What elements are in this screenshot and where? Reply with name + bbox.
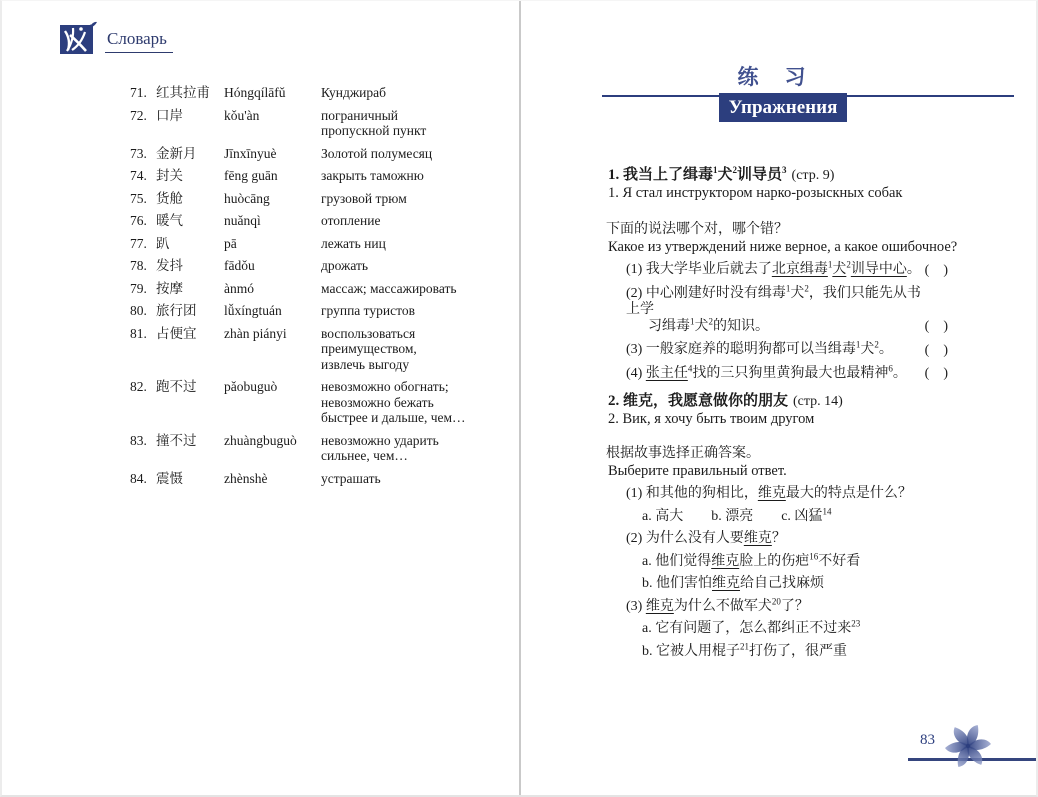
vocab-hanzi: 发抖 bbox=[156, 258, 224, 274]
vocab-russian: Золотой полумесяц bbox=[321, 146, 491, 162]
hanzi-logo-icon bbox=[59, 20, 97, 61]
vocab-russian: дрожать bbox=[321, 258, 491, 274]
vocab-pinyin: ànmó bbox=[224, 281, 321, 297]
exercise2-prompt-zh: 根据故事选择正确答案。 bbox=[606, 442, 760, 462]
vocab-num: 82. bbox=[130, 379, 156, 426]
exercise2-page-ref: (стр. 14) bbox=[793, 394, 843, 409]
option: a. 他们觉得维克脸上的伤疤16不好看 bbox=[626, 554, 956, 571]
right-page: 练 习 Упражнения 1. 我当上了缉毒1犬2训导员3(стр. 9) … bbox=[522, 1, 1038, 795]
vocab-num: 80. bbox=[130, 303, 156, 319]
page-divider bbox=[519, 1, 521, 795]
exercise1-item: (1) 我大学毕业后就去了北京缉毒1犬2训导中心。( ) bbox=[626, 262, 948, 279]
vocab-hanzi: 撞不过 bbox=[156, 433, 224, 464]
vocab-num: 84. bbox=[130, 471, 156, 487]
vocab-num: 76. bbox=[130, 213, 156, 229]
vocab-russian: невозможно ударить сильнее, чем… bbox=[321, 433, 491, 464]
vocab-row: 76.暖气nuǎnqìотопление bbox=[130, 213, 491, 229]
vocab-num: 83. bbox=[130, 433, 156, 464]
vocab-hanzi: 占便宜 bbox=[156, 326, 224, 373]
vocab-russian: закрыть таможню bbox=[321, 168, 491, 184]
vocab-pinyin: zhuàngbuguò bbox=[224, 433, 321, 464]
exercise2-title-zh: 2. 维克，我愿意做你的朋友(стр. 14) bbox=[608, 389, 843, 410]
option: b. 漂亮 bbox=[711, 509, 753, 526]
item-text: (2) 中心刚建好时没有缉毒1犬2，我们只能先从书上学习缉毒1犬2的知识。 bbox=[626, 286, 925, 336]
vocab-hanzi: 暖气 bbox=[156, 213, 224, 229]
vocab-hanzi: 红其拉甫 bbox=[156, 85, 224, 101]
vocab-row: 82.跑不过pǎobuguòневозможно обогнать; невоз… bbox=[130, 379, 491, 426]
page-number: 83 bbox=[920, 732, 935, 749]
vocab-num: 77. bbox=[130, 236, 156, 252]
vocab-pinyin: fādǒu bbox=[224, 258, 321, 274]
vocab-row: 75.货舱huòcāngгрузовой трюм bbox=[130, 191, 491, 207]
exercise1-prompt-ru: Какое из утверждений ниже верное, а како… bbox=[608, 239, 957, 256]
vocab-hanzi: 口岸 bbox=[156, 108, 224, 139]
exercise1-prompt-zh: 下面的说法哪个对，哪个错？ bbox=[606, 218, 788, 238]
answer-brackets: ( ) bbox=[925, 343, 948, 359]
exercise2-question: (2) 为什么没有人要维克？ bbox=[626, 531, 956, 548]
vocab-russian: грузовой трюм bbox=[321, 191, 491, 207]
vocab-hanzi: 封关 bbox=[156, 168, 224, 184]
exercise2-question: (1) 和其他的狗相比，维克最大的特点是什么？ bbox=[626, 486, 956, 503]
option: a. 高大 bbox=[642, 509, 683, 526]
vocab-hanzi: 金新月 bbox=[156, 146, 224, 162]
vocab-row: 71.红其拉甫HóngqílāfǔКунджираб bbox=[130, 85, 491, 101]
option: c. 凶猛14 bbox=[781, 509, 831, 526]
flower-ornament-icon bbox=[943, 721, 993, 776]
exercise2-title-ru: 2. Вик, я хочу быть твоим другом bbox=[608, 411, 814, 428]
vocab-row: 72.口岸kǒu'ànпограничный пропускной пункт bbox=[130, 108, 491, 139]
vocab-pinyin: zhàn piányi bbox=[224, 326, 321, 373]
exercise1-item: (4) 张主任4找的三只狗里黄狗最大也最精神6。( ) bbox=[626, 366, 948, 383]
vocab-row: 77.趴pāлежать ниц bbox=[130, 236, 491, 252]
vocab-hanzi: 按摩 bbox=[156, 281, 224, 297]
vocab-hanzi: 跑不过 bbox=[156, 379, 224, 426]
book-spread: Словарь 71.红其拉甫HóngqílāfǔКунджираб72.口岸k… bbox=[0, 0, 1038, 797]
vocab-num: 73. bbox=[130, 146, 156, 162]
vocab-num: 78. bbox=[130, 258, 156, 274]
vocab-pinyin: lǚxíngtuán bbox=[224, 303, 321, 319]
vocab-num: 75. bbox=[130, 191, 156, 207]
vocab-russian: Кунджираб bbox=[321, 85, 491, 101]
vocab-russian: массаж; массажировать bbox=[321, 281, 491, 297]
option: a. 它有问题了，怎么都纠正不过来23 bbox=[626, 621, 956, 638]
vocab-pinyin: Jīnxīnyuè bbox=[224, 146, 321, 162]
vocabulary-title: Словарь bbox=[105, 29, 173, 53]
vocab-row: 81.占便宜zhàn piányiвоспользоваться преимущ… bbox=[130, 326, 491, 373]
vocab-hanzi: 旅行团 bbox=[156, 303, 224, 319]
exercise1-items: (1) 我大学毕业后就去了北京缉毒1犬2训导中心。( )(2) 中心刚建好时没有… bbox=[626, 262, 948, 389]
item-text: (1) 我大学毕业后就去了北京缉毒1犬2训导中心。 bbox=[626, 262, 925, 279]
vocab-num: 71. bbox=[130, 85, 156, 101]
exercise2-questions: (1) 和其他的狗相比，维克最大的特点是什么？a. 高大b. 漂亮c. 凶猛14… bbox=[626, 486, 956, 666]
option: b. 他们害怕维克给自己找麻烦 bbox=[626, 576, 956, 593]
vocabulary-header: Словарь bbox=[59, 20, 173, 61]
exercises-title-ru-badge: Упражнения bbox=[719, 93, 847, 122]
answer-brackets: ( ) bbox=[925, 366, 948, 382]
vocab-russian: устрашать bbox=[321, 471, 491, 487]
options-row: a. 高大b. 漂亮c. 凶猛14 bbox=[626, 509, 956, 526]
vocab-num: 74. bbox=[130, 168, 156, 184]
vocab-pinyin: huòcāng bbox=[224, 191, 321, 207]
vocab-russian: воспользоваться преимуществом, извлечь в… bbox=[321, 326, 491, 373]
option: b. 它被人用棍子21打伤了，很严重 bbox=[626, 644, 956, 661]
vocab-row: 80.旅行团lǚxíngtuánгруппа туристов bbox=[130, 303, 491, 319]
exercise1-title-zh: 1. 我当上了缉毒1犬2训导员3(стр. 9) bbox=[608, 163, 834, 184]
vocab-pinyin: kǒu'àn bbox=[224, 108, 321, 139]
vocab-row: 74.封关fēng guānзакрыть таможню bbox=[130, 168, 491, 184]
vocab-hanzi: 趴 bbox=[156, 236, 224, 252]
answer-brackets: ( ) bbox=[925, 263, 948, 279]
vocab-hanzi: 震慑 bbox=[156, 471, 224, 487]
vocabulary-list: 71.红其拉甫HóngqílāfǔКунджираб72.口岸kǒu'ànпог… bbox=[130, 85, 491, 493]
vocab-russian: пограничный пропускной пункт bbox=[321, 108, 491, 139]
vocab-row: 84.震慑zhènshèустрашать bbox=[130, 471, 491, 487]
exercises-title-zh: 练 习 bbox=[602, 61, 942, 91]
exercise1-item: (2) 中心刚建好时没有缉毒1犬2，我们只能先从书上学习缉毒1犬2的知识。( ) bbox=[626, 286, 948, 336]
vocab-russian: отопление bbox=[321, 213, 491, 229]
vocab-row: 83.撞不过zhuàngbuguòневозможно ударить силь… bbox=[130, 433, 491, 464]
vocab-russian: лежать ниц bbox=[321, 236, 491, 252]
vocab-hanzi: 货舱 bbox=[156, 191, 224, 207]
exercise1-title-ru: 1. Я стал инструктором нарко-розыскных с… bbox=[608, 185, 902, 202]
vocab-pinyin: nuǎnqì bbox=[224, 213, 321, 229]
vocab-pinyin: fēng guān bbox=[224, 168, 321, 184]
vocab-russian: невозможно обогнать; невозможно бежать б… bbox=[321, 379, 491, 426]
vocab-num: 79. bbox=[130, 281, 156, 297]
vocab-pinyin: Hóngqílāfǔ bbox=[224, 85, 321, 101]
item-text: (3) 一般家庭养的聪明狗都可以当缉毒1犬2。 bbox=[626, 342, 925, 359]
vocab-row: 79.按摩ànmóмассаж; массажировать bbox=[130, 281, 491, 297]
vocab-russian: группа туристов bbox=[321, 303, 491, 319]
answer-brackets: ( ) bbox=[925, 319, 948, 335]
exercise2-prompt-ru: Выберите правильный ответ. bbox=[608, 463, 787, 480]
vocab-row: 73.金新月JīnxīnyuèЗолотой полумесяц bbox=[130, 146, 491, 162]
vocab-num: 72. bbox=[130, 108, 156, 139]
vocab-pinyin: pǎobuguò bbox=[224, 379, 321, 426]
vocab-num: 81. bbox=[130, 326, 156, 373]
vocab-pinyin: zhènshè bbox=[224, 471, 321, 487]
item-text: (4) 张主任4找的三只狗里黄狗最大也最精神6。 bbox=[626, 366, 925, 383]
exercise1-page-ref: (стр. 9) bbox=[792, 168, 835, 183]
vocab-row: 78.发抖fādǒuдрожать bbox=[130, 258, 491, 274]
exercise2-question: (3) 维克为什么不做军犬20了？ bbox=[626, 599, 956, 616]
exercise1-item: (3) 一般家庭养的聪明狗都可以当缉毒1犬2。( ) bbox=[626, 342, 948, 359]
vocab-pinyin: pā bbox=[224, 236, 321, 252]
